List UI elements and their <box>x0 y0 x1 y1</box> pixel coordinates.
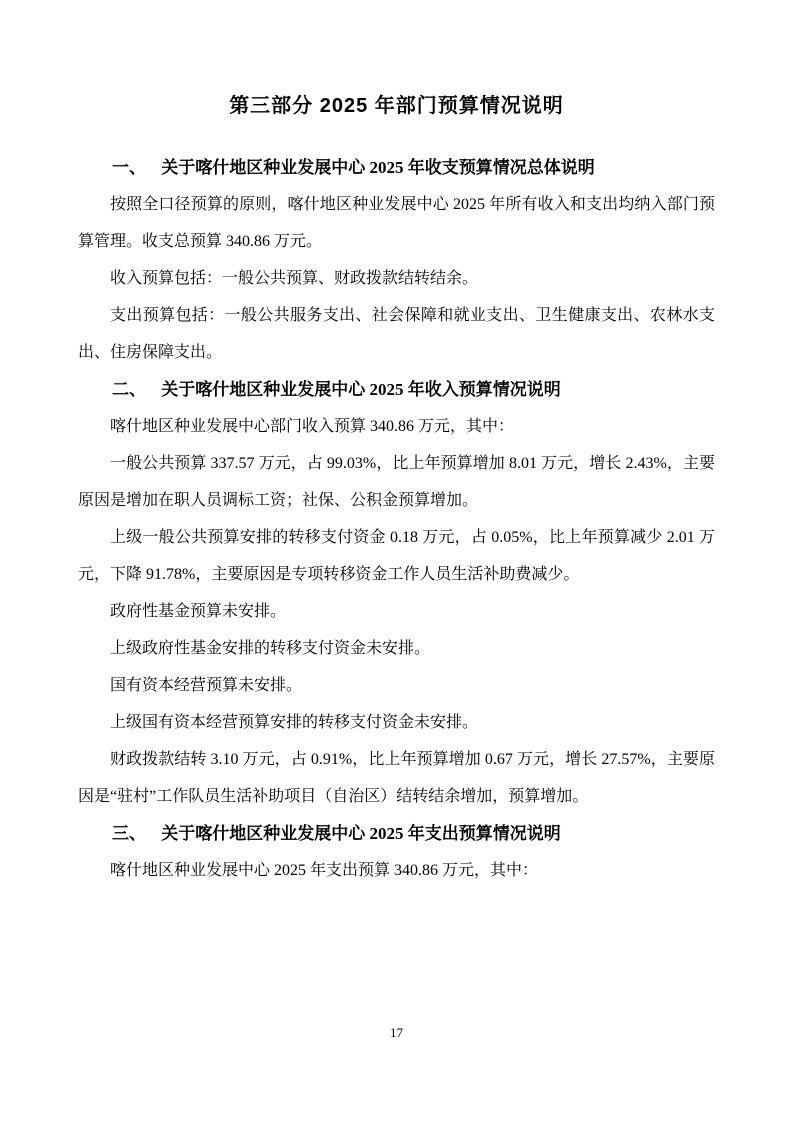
page-footer: 17 <box>0 1024 793 1042</box>
section-number: 一、 <box>112 158 146 177</box>
section-overall-budget: 一、关于喀什地区种业发展中心 2025 年收支预算情况总体说明 按照全口径预算的… <box>78 149 715 371</box>
paragraph: 国有资本经营预算未安排。 <box>78 667 715 704</box>
paragraph: 收入预算包括：一般公共预算、财政拨款结转结余。 <box>78 260 715 297</box>
section-expenditure-budget: 三、关于喀什地区种业发展中心 2025 年支出预算情况说明 喀什地区种业发展中心… <box>78 815 715 889</box>
section-heading-text: 关于喀什地区种业发展中心 2025 年收支预算情况总体说明 <box>161 158 595 177</box>
paragraph: 喀什地区种业发展中心部门收入预算 340.86 万元，其中： <box>78 408 715 445</box>
paragraph: 喀什地区种业发展中心 2025 年支出预算 340.86 万元，其中： <box>78 852 715 889</box>
section-number: 三、 <box>112 824 146 843</box>
paragraph: 上级国有资本经营预算安排的转移支付资金未安排。 <box>78 704 715 741</box>
section-heading: 二、关于喀什地区种业发展中心 2025 年收入预算情况说明 <box>78 371 715 408</box>
section-number: 二、 <box>112 380 146 399</box>
paragraph: 一般公共预算 337.57 万元，占 99.03%，比上年预算增加 8.01 万… <box>78 445 715 519</box>
section-income-budget: 二、关于喀什地区种业发展中心 2025 年收入预算情况说明 喀什地区种业发展中心… <box>78 371 715 815</box>
paragraph: 上级政府性基金安排的转移支付资金未安排。 <box>78 630 715 667</box>
paragraph: 按照全口径预算的原则，喀什地区种业发展中心 2025 年所有收入和支出均纳入部门… <box>78 186 715 260</box>
paragraph: 上级一般公共预算安排的转移支付资金 0.18 万元，占 0.05%，比上年预算减… <box>78 519 715 593</box>
section-heading-text: 关于喀什地区种业发展中心 2025 年支出预算情况说明 <box>161 824 561 843</box>
page-number: 17 <box>390 1025 403 1040</box>
document-title: 第三部分 2025 年部门预算情况说明 <box>78 88 715 125</box>
section-heading: 三、关于喀什地区种业发展中心 2025 年支出预算情况说明 <box>78 815 715 852</box>
paragraph: 支出预算包括：一般公共服务支出、社会保障和就业支出、卫生健康支出、农林水支出、住… <box>78 297 715 371</box>
section-heading: 一、关于喀什地区种业发展中心 2025 年收支预算情况总体说明 <box>78 149 715 186</box>
section-heading-text: 关于喀什地区种业发展中心 2025 年收入预算情况说明 <box>161 380 561 399</box>
document-page: 第三部分 2025 年部门预算情况说明 一、关于喀什地区种业发展中心 2025 … <box>0 0 793 1122</box>
paragraph: 政府性基金预算未安排。 <box>78 593 715 630</box>
paragraph: 财政拨款结转 3.10 万元，占 0.91%，比上年预算增加 0.67 万元，增… <box>78 741 715 815</box>
